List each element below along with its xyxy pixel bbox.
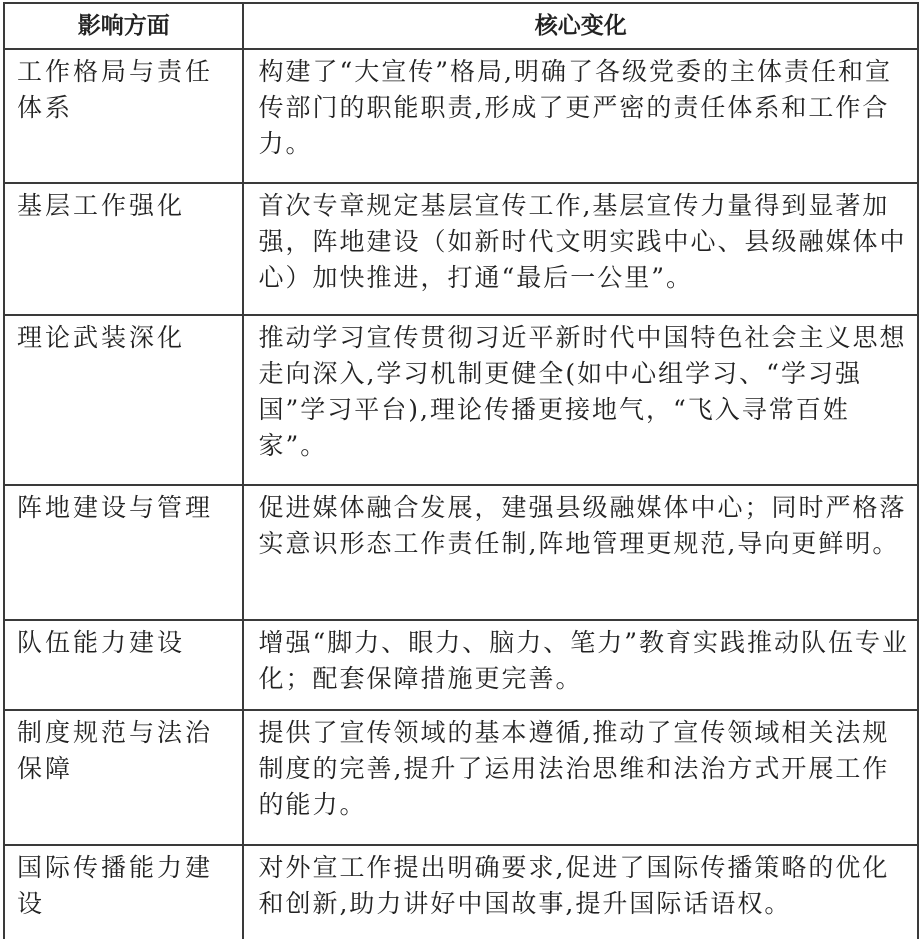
aspect-cell: 工作格局与责任体系 <box>4 49 243 183</box>
aspect-cell: 队伍能力建设 <box>4 620 243 710</box>
table-row: 工作格局与责任体系 构建了“大宣传”格局,明确了各级党委的主体责任和宣传部门的职… <box>4 49 918 183</box>
change-cell: 促进媒体融合发展，建强县级融媒体中心；同时严格落实意识形态工作责任制,阵地管理更… <box>243 485 918 620</box>
change-cell: 首次专章规定基层宣传工作,基层宣传力量得到显著加强，阵地建设（如新时代文明实践中… <box>243 183 918 315</box>
impact-table: 影响方面 核心变化 工作格局与责任体系 构建了“大宣传”格局,明确了各级党委的主… <box>3 2 919 939</box>
aspect-cell: 制度规范与法治保障 <box>4 710 243 845</box>
aspect-cell: 理论武装深化 <box>4 315 243 485</box>
table-header-row: 影响方面 核心变化 <box>4 3 918 49</box>
table-row: 理论武装深化 推动学习宣传贯彻习近平新时代中国特色社会主义思想走向深入,学习机制… <box>4 315 918 485</box>
header-change: 核心变化 <box>243 3 918 49</box>
table-row: 国际传播能力建设 对外宣工作提出明确要求,促进了国际传播策略的优化和创新,助力讲… <box>4 845 918 939</box>
header-aspect: 影响方面 <box>4 3 243 49</box>
table-row: 制度规范与法治保障 提供了宣传领域的基本遵循,推动了宣传领域相关法规制度的完善,… <box>4 710 918 845</box>
change-cell: 增强“脚力、眼力、脑力、笔力”教育实践推动队伍专业化；配套保障措施更完善。 <box>243 620 918 710</box>
table-row: 基层工作强化 首次专章规定基层宣传工作,基层宣传力量得到显著加强，阵地建设（如新… <box>4 183 918 315</box>
change-cell: 提供了宣传领域的基本遵循,推动了宣传领域相关法规制度的完善,提升了运用法治思维和… <box>243 710 918 845</box>
table-row: 阵地建设与管理 促进媒体融合发展，建强县级融媒体中心；同时严格落实意识形态工作责… <box>4 485 918 620</box>
change-cell: 推动学习宣传贯彻习近平新时代中国特色社会主义思想走向深入,学习机制更健全(如中心… <box>243 315 918 485</box>
change-cell: 构建了“大宣传”格局,明确了各级党委的主体责任和宣传部门的职能职责,形成了更严密… <box>243 49 918 183</box>
aspect-cell: 阵地建设与管理 <box>4 485 243 620</box>
change-cell: 对外宣工作提出明确要求,促进了国际传播策略的优化和创新,助力讲好中国故事,提升国… <box>243 845 918 939</box>
aspect-cell: 国际传播能力建设 <box>4 845 243 939</box>
table-row: 队伍能力建设 增强“脚力、眼力、脑力、笔力”教育实践推动队伍专业化；配套保障措施… <box>4 620 918 710</box>
aspect-cell: 基层工作强化 <box>4 183 243 315</box>
